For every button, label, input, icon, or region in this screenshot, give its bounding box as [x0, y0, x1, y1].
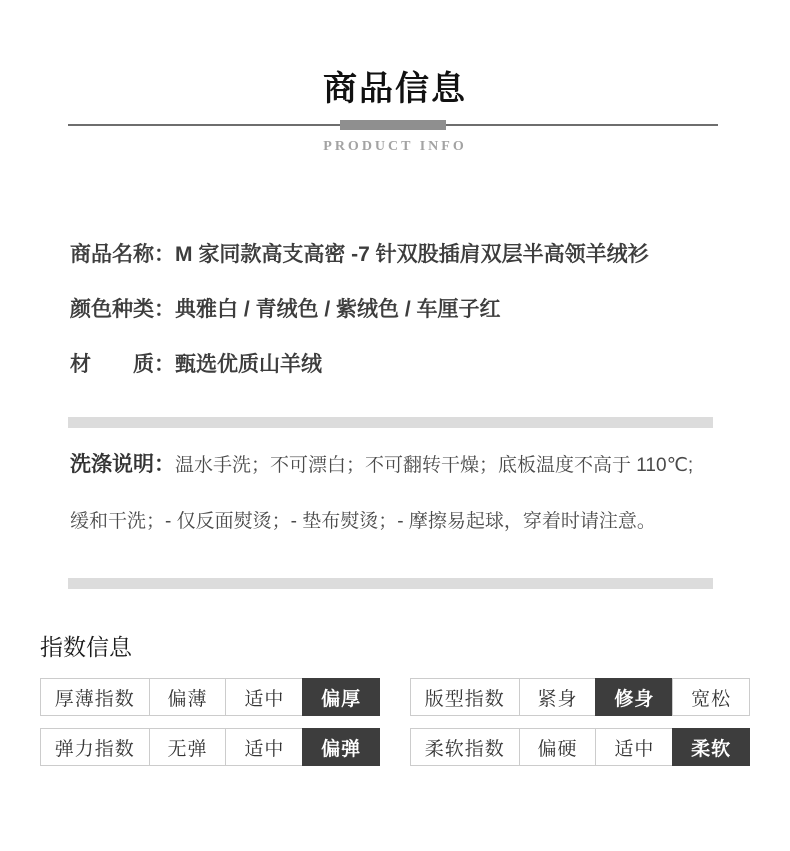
- index-table-row: 版型指数 紧身修身宽松: [410, 678, 750, 716]
- index-heading: 指数信息: [40, 633, 790, 661]
- index-option: 偏薄: [149, 678, 227, 716]
- index-option-selected: 偏厚: [302, 678, 380, 716]
- index-label: 柔软指数: [410, 728, 520, 766]
- color-variants-row: 颜色种类：典雅白 / 青绒色 / 紫绒色 / 车厘子红: [70, 298, 750, 321]
- color-variants-value: 典雅白 / 青绒色 / 紫绒色 / 车厘子红: [175, 298, 501, 321]
- section-divider-bar-top: [68, 417, 713, 428]
- index-label: 厚薄指数: [40, 678, 150, 716]
- index-option: 适中: [595, 728, 673, 766]
- title-divider: [68, 120, 718, 130]
- product-name-row: 商品名称：M 家同款高支高密 -7 针双股插肩双层半高领羊绒衫: [70, 243, 750, 266]
- index-grid: 厚薄指数 偏薄适中偏厚 版型指数 紧身修身宽松 弹力指数 无弹适中偏弹 柔软指数…: [40, 678, 750, 766]
- care-text-1: 温水手洗；不可漂白；不可翻转干燥；底板温度不高于 110℃;: [175, 455, 693, 476]
- material-value: 甄选优质山羊绒: [175, 353, 322, 376]
- index-option: 适中: [225, 728, 303, 766]
- section-divider-bar-bottom: [68, 578, 713, 589]
- care-line-2: 缓和干洗；- 仅反面熨烫；- 垫布熨烫；- 摩擦易起球，穿着时请注意。: [70, 507, 750, 537]
- index-option-selected: 偏弹: [302, 728, 380, 766]
- index-table-row: 厚薄指数 偏薄适中偏厚: [40, 678, 380, 716]
- header: 商品信息 PRODUCT INFO: [0, 0, 790, 155]
- index-label: 版型指数: [410, 678, 520, 716]
- color-variants-label: 颜色种类：: [70, 298, 175, 321]
- index-table-row: 弹力指数 无弹适中偏弹: [40, 728, 380, 766]
- care-section: 洗涤说明：温水手洗；不可漂白；不可翻转干燥；底板温度不高于 110℃; 缓和干洗…: [70, 450, 750, 537]
- page-subtitle: PRODUCT INFO: [0, 139, 790, 155]
- product-fields-section: 商品名称：M 家同款高支高密 -7 针双股插肩双层半高领羊绒衫 颜色种类：典雅白…: [70, 243, 750, 376]
- index-option-selected: 柔软: [672, 728, 750, 766]
- index-label: 弹力指数: [40, 728, 150, 766]
- index-option: 无弹: [149, 728, 227, 766]
- care-text-2: 缓和干洗；- 仅反面熨烫；- 垫布熨烫；- 摩擦易起球，穿着时请注意。: [70, 511, 656, 532]
- index-option: 偏硬: [519, 728, 597, 766]
- divider-center-box: [340, 120, 446, 130]
- product-name-label: 商品名称：: [70, 243, 175, 266]
- page-title: 商品信息: [0, 0, 790, 110]
- material-row: 材 质：甄选优质山羊绒: [70, 353, 750, 376]
- index-option-selected: 修身: [595, 678, 673, 716]
- index-option: 紧身: [519, 678, 597, 716]
- product-info-page: 商品信息 PRODUCT INFO 商品名称：M 家同款高支高密 -7 针双股插…: [0, 0, 790, 851]
- material-label: 材 质：: [70, 353, 175, 376]
- index-table-row: 柔软指数 偏硬适中柔软: [410, 728, 750, 766]
- index-option: 宽松: [672, 678, 750, 716]
- care-line-1: 洗涤说明：温水手洗；不可漂白；不可翻转干燥；底板温度不高于 110℃;: [70, 450, 750, 481]
- index-section: 指数信息 厚薄指数 偏薄适中偏厚 版型指数 紧身修身宽松 弹力指数 无弹适中偏弹…: [0, 633, 790, 766]
- index-option: 适中: [225, 678, 303, 716]
- care-label: 洗涤说明：: [70, 453, 175, 476]
- product-name-value: M 家同款高支高密 -7 针双股插肩双层半高领羊绒衫: [175, 243, 649, 266]
